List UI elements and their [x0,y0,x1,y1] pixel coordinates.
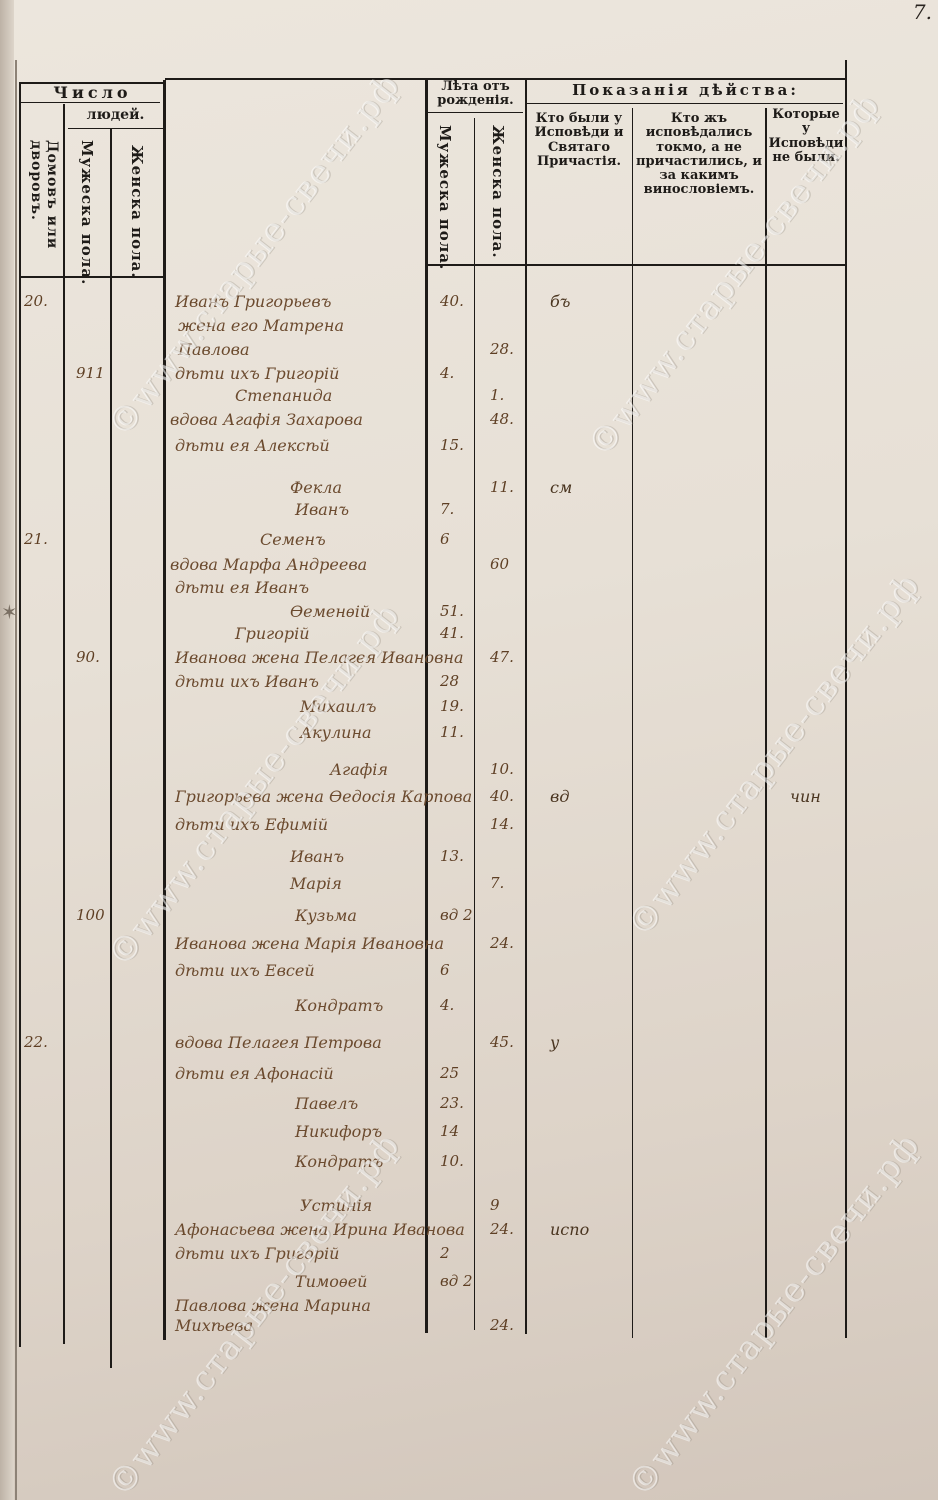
person-name: Павелъ [295,1094,358,1113]
header-age-men: Мужеска пола. [436,125,454,270]
person-name: дѣти ихъ Григорій [175,364,339,383]
age-female: 11. [490,478,514,496]
lyudey-underline [68,128,163,129]
pokazaniya-underline [525,103,843,104]
person-name: вдова Агафія Захарова [170,410,363,429]
age-female: 9 [490,1196,500,1214]
watermark: ©www.старые-свечи.рф [620,566,928,945]
confession-mark: см [550,478,572,497]
not-confessed-mark: чин [790,787,821,806]
register-page: ✶ 7. Число людей. Домовъ или дворовъ. Му… [0,0,938,1500]
person-name: Кузьма [295,906,357,925]
age-female: 45. [490,1033,514,1051]
header-chislo: Число [25,84,160,102]
person-name: Семенъ [260,530,326,549]
header-age-women: Женска пола. [489,125,507,259]
header-confessed-not-communed: Кто жъ исповѣдались токмо, а не причасти… [634,112,764,198]
column-line-men [110,128,112,1368]
person-name: Иванъ [295,500,349,519]
header-women: Женска пола. [128,145,146,279]
household-number: 21. [24,530,48,548]
person-name: Григорій [235,624,310,643]
confession-mark: вд [550,787,569,806]
column-line-right-border [845,60,847,1338]
person-name: вдова Марфа Андреева [170,555,367,574]
age-male: 6 [440,961,450,979]
person-name: дѣти ея Иванъ [175,578,309,597]
header-houses: Домовъ или дворовъ. [22,140,60,270]
column-line-households [63,104,65,1344]
person-name: Степанида [235,386,332,405]
confession-mark: у [550,1033,559,1052]
age-male: 19. [440,697,464,715]
header-age: Лѣта отъ рожденія. [428,80,523,109]
age-male: 13. [440,847,464,865]
header-pokazaniya: Показанія дѣйства: [528,82,843,99]
header-men: Мужеска пола. [78,140,96,285]
watermark: ©www.старые-свечи.рф [620,1126,928,1500]
person-name: дѣти ихъ Евсей [175,961,315,980]
household-number: 22. [24,1033,48,1051]
binding-edge-line [15,60,17,1500]
person-name: Иванъ [290,847,344,866]
age-male: 25 [440,1064,459,1082]
age-female: 24. [490,1316,514,1334]
age-female: 40. [490,787,514,805]
age-male: 15. [440,436,464,454]
page-binding [0,0,14,1500]
column-line-not-communed [765,108,767,1338]
men-count: 100 [76,906,105,924]
column-line-confessed [632,108,633,1338]
header-confessed-and-communed: Кто были у Исповѣди и Святаго Причастія. [528,112,630,169]
age-female: 47. [490,648,514,666]
age-male: вд 2 [440,906,473,924]
header-lyudey: людей. [68,108,163,123]
person-name: дѣти ихъ Иванъ [175,672,319,691]
confession-mark: испо [550,1220,589,1239]
age-male: 23. [440,1094,464,1112]
age-male: 28 [440,672,459,690]
age-male: 4. [440,996,454,1014]
men-count: 911 [76,364,105,382]
age-male: вд 2 [440,1272,473,1290]
confession-mark: бъ [550,292,570,311]
age-female: 10. [490,760,514,778]
person-name: дѣти ея Алексѣй [175,436,330,455]
column-line-women [163,80,166,1340]
person-name: Марія [290,874,342,893]
person-name: вдова Пелагея Петрова [175,1033,382,1052]
person-name: Иванова жена Пелагея Ивановна [175,648,463,667]
age-male: 6 [440,530,450,548]
person-name: Кондратъ [295,996,383,1015]
chislo-underline [20,102,160,103]
age-male: 51. [440,602,464,620]
age-female: 28. [490,340,514,358]
age-female: 14. [490,815,514,833]
person-name: Иванова жена Марія Ивановна [175,934,444,953]
age-female: 1. [490,386,504,404]
age-female: 24. [490,934,514,952]
column-line-names [425,78,428,1333]
age-female: 48. [490,410,514,428]
household-number: 20. [24,292,48,310]
age-male: 41. [440,624,464,642]
leta-underline [428,112,523,113]
age-female: 24. [490,1220,514,1238]
age-male: 2 [440,1244,450,1262]
page-number: 7. [913,0,932,24]
person-name: дѣти ея Афонасій [175,1064,334,1083]
men-count: 90. [76,648,100,666]
person-name: Фекла [290,478,342,497]
person-name: Агафія [330,760,388,779]
age-male: 11. [440,723,464,741]
column-line-age-men [474,118,475,1330]
header-bottom-line-right [425,264,845,266]
age-male: 14 [440,1122,459,1140]
age-male: 4. [440,364,454,382]
age-male: 40. [440,292,464,310]
age-male: 7. [440,500,454,518]
column-line-age-women [525,78,527,1334]
binding-stitch-icon: ✶ [1,600,18,624]
age-female: 7. [490,874,504,892]
age-female: 60 [490,555,509,573]
column-line-left-border [19,82,21,1347]
age-male: 10. [440,1152,464,1170]
